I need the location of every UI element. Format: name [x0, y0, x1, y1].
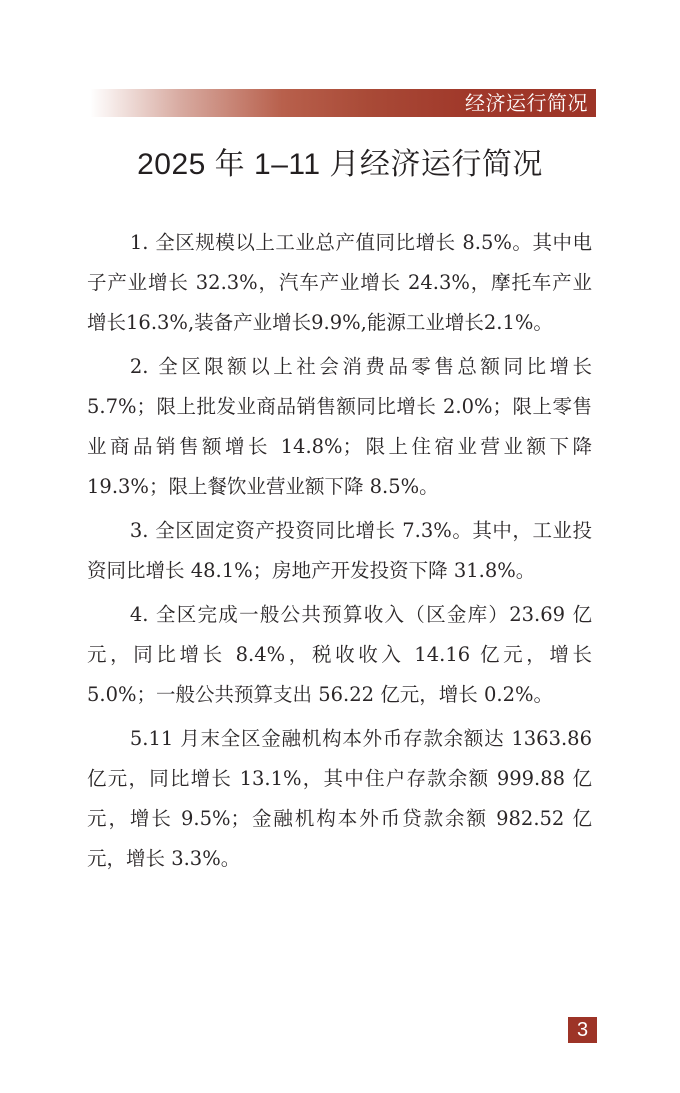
paragraph-retail: 2. 全区限额以上社会消费品零售总额同比增长 5.7%；限上批发业商品销售额同比…	[87, 347, 592, 507]
paragraph-budget: 4. 全区完成一般公共预算收入（区金库）23.69 亿元，同比增长 8.4%，税…	[87, 595, 592, 715]
paragraph-industry: 1. 全区规模以上工业总产值同比增长 8.5%。其中电子产业增长 32.3%，汽…	[87, 223, 592, 343]
paragraph-investment: 3. 全区固定资产投资同比增长 7.3%。其中，工业投资同比增长 48.1%；房…	[87, 511, 592, 591]
section-label: 经济运行简况	[465, 89, 588, 117]
article-body: 1. 全区规模以上工业总产值同比增长 8.5%。其中电子产业增长 32.3%，汽…	[87, 223, 592, 883]
section-banner: 经济运行简况	[90, 89, 596, 117]
paragraph-finance: 5.11 月末全区金融机构本外币存款余额达 1363.86 亿元，同比增长 13…	[87, 719, 592, 879]
page-number-badge: 3	[568, 1017, 597, 1043]
page-title: 2025 年 1–11 月经济运行简况	[0, 143, 680, 187]
